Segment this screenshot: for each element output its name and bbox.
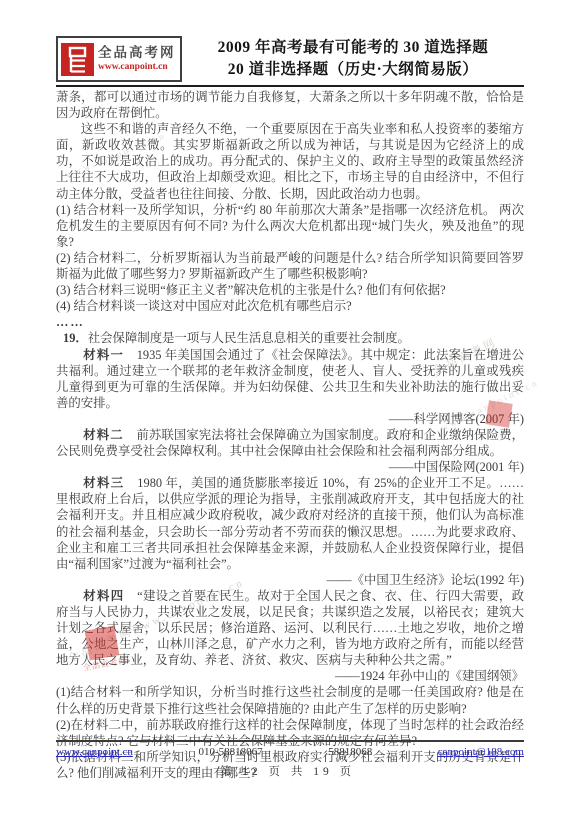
page-indicator: 第 12 页 共 19 页: [0, 763, 575, 779]
canpoint-seal-icon: [61, 43, 94, 76]
document-page: 全品高考网 www.canpoint.cn 2009 年高考最有可能考的 30 …: [0, 0, 575, 820]
question-item: (4) 结合材料谈一谈这对中国应对此次危机有哪些启示?: [56, 298, 524, 314]
material-2: 材料二 前苏联国家宪法将社会保障确立为国家制度。政府和企业缴纳保险费，公民则免费…: [56, 427, 524, 459]
material-4-label: 材料四: [83, 589, 124, 603]
question-item: (3) 结合材料三说明“修正主义者”解决危机的主张是什么? 他们有何依据?: [56, 282, 524, 298]
material-3-label: 材料三: [83, 476, 124, 490]
material-1-source: ——科学网博客(2007 年): [56, 411, 524, 427]
question-19-number: 19．: [56, 331, 88, 345]
logo-text: 全品高考网 www.canpoint.cn: [98, 46, 176, 72]
paragraph-intro: 这些不和谐的声音经久不绝，一个重要原因在于高失业率和私人投资率的萎缩方面，新政收…: [56, 121, 524, 201]
canpoint-logo: 全品高考网 www.canpoint.cn: [56, 36, 182, 82]
material-1-label: 材料一: [83, 348, 124, 362]
page-header: 全品高考网 www.canpoint.cn 2009 年高考最有可能考的 30 …: [56, 36, 524, 87]
material-2-label: 材料二: [83, 428, 124, 442]
footer-contacts: www.canpoint.cn 010-58818067 58818068 ca…: [56, 746, 524, 758]
sub-question-item: (1)结合材料一和所学知识，分析当时推行这些社会制度的是哪一任美国政府? 他是在…: [56, 684, 524, 716]
title-line-2: 20 道非选择题（历史·大纲简易版）: [182, 59, 524, 81]
material-3: 材料三 1980 年，美国的通货膨胀率接近 10%，有 25%的企业开工不足。……: [56, 475, 524, 572]
material-2-source: ——中国保险网(2001 年): [56, 459, 524, 475]
question-19-stem: 19．社会保障制度是一项与人民生活息息相关的重要社会制度。: [56, 330, 524, 346]
sub-question-item: (2)在材料二中，前苏联政府推行这样的社会保障制度，体现了当时怎样的社会政治经济…: [56, 717, 524, 749]
question-item: (2) 结合材料二，分析罗斯福认为当前最严峻的问题是什么? 结合所学知识简要回答…: [56, 250, 524, 282]
material-4-source: ——1924 年孙中山的《建国纲领》: [56, 668, 524, 684]
logo-site-url: www.canpoint.cn: [98, 63, 176, 73]
logo-site-name: 全品高考网: [98, 46, 176, 60]
title-line-1: 2009 年高考最有可能考的 30 道选择题: [182, 37, 524, 59]
paragraph-continuation: 萧条，都可以通过市场的调节能力自我修复，大萧条之所以十多年阴魂不散，恰恰是因为政…: [56, 89, 524, 121]
document-body: 萧条，都可以通过市场的调节能力自我修复，大萧条之所以十多年阴魂不散，恰恰是因为政…: [56, 89, 524, 781]
footer-rule: [56, 740, 524, 742]
material-3-source: ——《中国卫生经济》论坛(1992 年): [56, 572, 524, 588]
omission-ellipsis: ……: [56, 314, 524, 330]
question-item: (1) 结合材料一及所学知识，分析“约 80 年前那次大萧条”是指哪一次经济危机…: [56, 202, 524, 250]
footer-phone-2: 58818068: [328, 746, 372, 758]
footer-phone-1: 010-58818067: [198, 746, 262, 758]
material-4: 材料四 “建设之首要在民生。故对于全国人民之食、衣、住、行四大需要，政府当与人民…: [56, 588, 524, 668]
footer-website-link[interactable]: www.canpoint.cn: [56, 746, 133, 758]
material-1: 材料一 1935 年美国国会通过了《社会保障法》。其中规定：此法案旨在增进公共福…: [56, 347, 524, 411]
footer-email-link[interactable]: canpoint@188.com: [438, 746, 524, 758]
document-title: 2009 年高考最有可能考的 30 道选择题 20 道非选择题（历史·大纲简易版…: [182, 36, 524, 82]
